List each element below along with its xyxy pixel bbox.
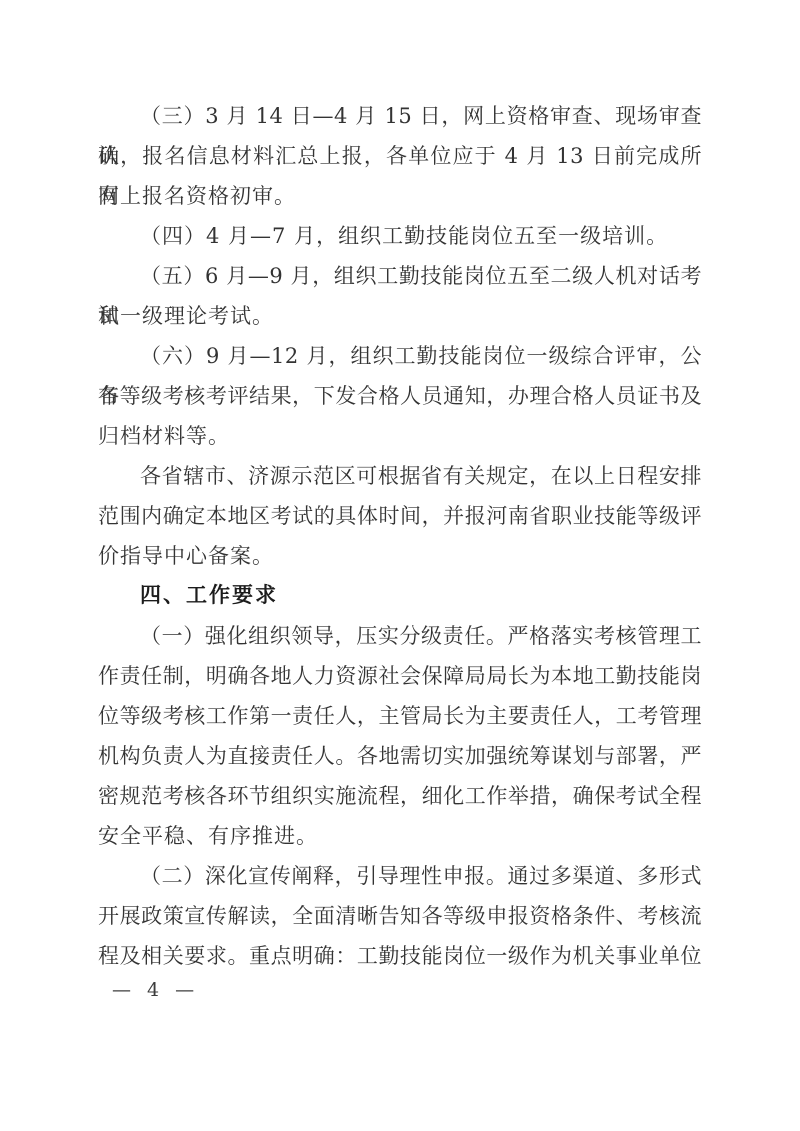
- page-number: — 4 —: [112, 976, 199, 1004]
- paragraph-line: 和一级理论考试。: [98, 296, 702, 336]
- paragraph-line: （四）4 月—7 月，组织工勤技能岗位五至一级培训。: [98, 216, 702, 256]
- paragraph-line: 密规范考核各环节组织实施流程，细化工作举措，确保考试全程: [98, 776, 702, 816]
- document-body: （三）3 月 14 日—4 月 15 日，网上资格审查、现场审查确 认，报名信息…: [98, 96, 702, 976]
- paragraph-item-6: （六）9 月—12 月，组织工勤技能岗位一级综合评审，公布 各等级考核考评结果，…: [98, 336, 702, 456]
- paragraph-line: （三）3 月 14 日—4 月 15 日，网上资格审查、现场审查确: [98, 96, 702, 136]
- paragraph-line: （二）深化宣传阐释，引导理性申报。通过多渠道、多形式: [98, 856, 702, 896]
- paragraph-line: 认，报名信息材料汇总上报，各单位应于 4 月 13 日前完成所有: [98, 136, 702, 176]
- paragraph-line: （六）9 月—12 月，组织工勤技能岗位一级综合评审，公布: [98, 336, 702, 376]
- paragraph-line: 作责任制，明确各地人力资源社会保障局局长为本地工勤技能岗: [98, 656, 702, 696]
- paragraph-line: 程及相关要求。重点明确：工勤技能岗位一级作为机关事业单位: [98, 936, 702, 976]
- paragraph-line: 安全平稳、有序推进。: [98, 816, 702, 856]
- paragraph-line: 各等级考核考评结果，下发合格人员通知，办理合格人员证书及: [98, 376, 702, 416]
- paragraph-province-note: 各省辖市、济源示范区可根据省有关规定，在以上日程安排 范围内确定本地区考试的具体…: [98, 456, 702, 576]
- section-heading: 四、工作要求: [98, 576, 702, 616]
- paragraph-line: 网上报名资格初审。: [98, 176, 702, 216]
- paragraph-line: 价指导中心备案。: [98, 536, 702, 576]
- paragraph-line: （一）强化组织领导，压实分级责任。严格落实考核管理工: [98, 616, 702, 656]
- paragraph-line: 各省辖市、济源示范区可根据省有关规定，在以上日程安排: [98, 456, 702, 496]
- paragraph-line: 位等级考核工作第一责任人，主管局长为主要责任人，工考管理: [98, 696, 702, 736]
- paragraph-line: 归档材料等。: [98, 416, 702, 456]
- section-heading-block: 四、工作要求: [98, 576, 702, 616]
- paragraph-line: （五）6 月—9 月，组织工勤技能岗位五至二级人机对话考试: [98, 256, 702, 296]
- paragraph-line: 范围内确定本地区考试的具体时间，并报河南省职业技能等级评: [98, 496, 702, 536]
- paragraph-line: 机构负责人为直接责任人。各地需切实加强统筹谋划与部署，严: [98, 736, 702, 776]
- paragraph-requirement-2: （二）深化宣传阐释，引导理性申报。通过多渠道、多形式 开展政策宣传解读，全面清晰…: [98, 856, 702, 976]
- paragraph-item-3: （三）3 月 14 日—4 月 15 日，网上资格审查、现场审查确 认，报名信息…: [98, 96, 702, 216]
- paragraph-item-4: （四）4 月—7 月，组织工勤技能岗位五至一级培训。: [98, 216, 702, 256]
- document-page: （三）3 月 14 日—4 月 15 日，网上资格审查、现场审查确 认，报名信息…: [0, 0, 800, 1131]
- paragraph-line: 开展政策宣传解读，全面清晰告知各等级申报资格条件、考核流: [98, 896, 702, 936]
- paragraph-requirement-1: （一）强化组织领导，压实分级责任。严格落实考核管理工 作责任制，明确各地人力资源…: [98, 616, 702, 856]
- paragraph-item-5: （五）6 月—9 月，组织工勤技能岗位五至二级人机对话考试 和一级理论考试。: [98, 256, 702, 336]
